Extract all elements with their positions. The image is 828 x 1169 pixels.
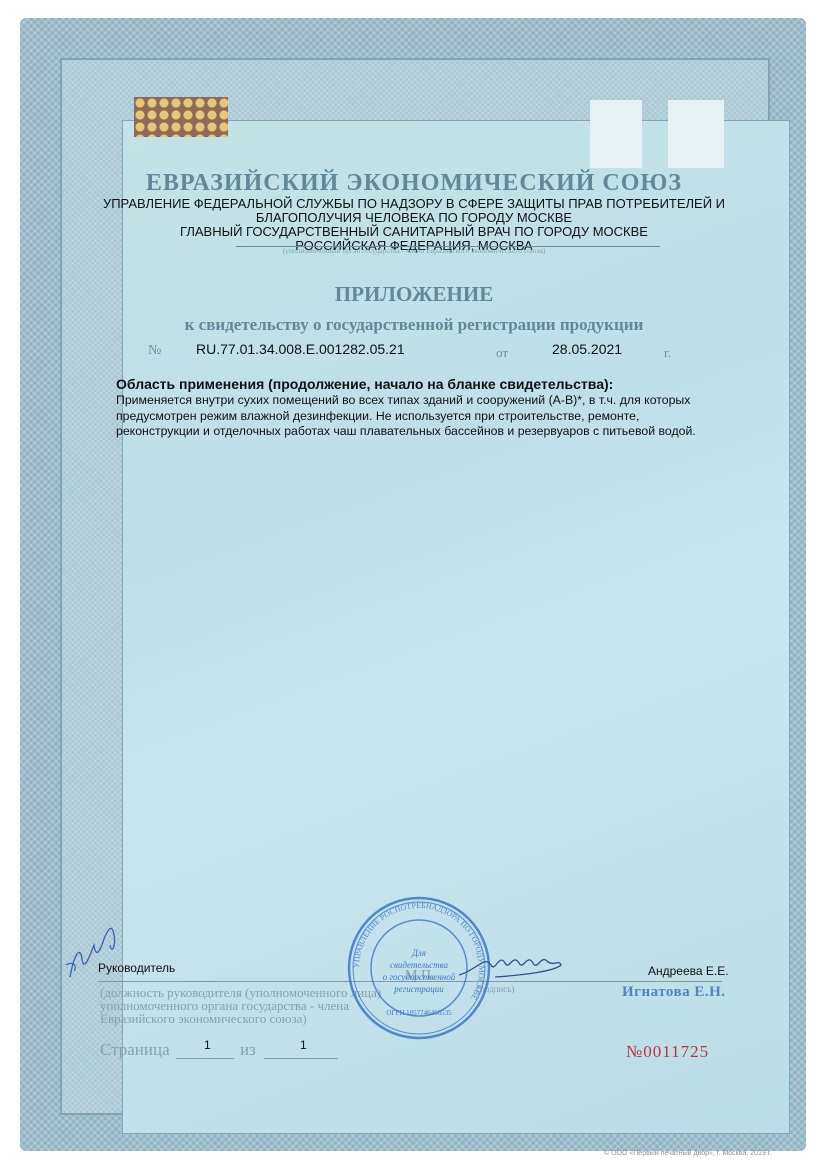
svg-text:о государственной: о государственной bbox=[383, 972, 456, 982]
union-title: ЕВРАЗИЙСКИЙ ЭКОНОМИЧЕСКИЙ СОЮЗ bbox=[80, 170, 748, 197]
stamp-ogrn: ОГРН 1057746466535 bbox=[386, 1009, 452, 1017]
typed-name: Андреева Е.Е. bbox=[648, 964, 729, 978]
page-total: 1 bbox=[300, 1038, 307, 1052]
head-role-label: Руководитель bbox=[98, 961, 175, 975]
authority-line: УПРАВЛЕНИЕ ФЕДЕРАЛЬНОЙ СЛУЖБЫ ПО НАДЗОРУ… bbox=[80, 197, 748, 211]
svg-text:свидетельства: свидетельства bbox=[390, 960, 449, 970]
registration-line: № RU.77.01.34.008.E.001282.05.21 от 28.0… bbox=[148, 341, 688, 361]
serial-number: №0011725 bbox=[626, 1042, 709, 1062]
page-counter: Страница 1 из 1 bbox=[100, 1040, 360, 1062]
year-suffix: г. bbox=[664, 345, 671, 361]
authority-line: ГЛАВНЫЙ ГОСУДАРСТВЕННЫЙ САНИТАРНЫЙ ВРАЧ … bbox=[80, 225, 748, 239]
printer-copyright: © ООО «Первый печатный двор», г. Москва,… bbox=[604, 1150, 771, 1157]
registration-date: 28.05.2021 bbox=[552, 341, 622, 357]
page-current-blank bbox=[176, 1058, 234, 1059]
page-current: 1 bbox=[204, 1038, 211, 1052]
scope-text: Применяется внутри сухих помещений во вс… bbox=[116, 393, 716, 440]
scope-title: Область применения (продолжение, начало … bbox=[116, 376, 613, 392]
hologram-seal bbox=[134, 97, 228, 137]
page-label: Страница bbox=[100, 1040, 170, 1060]
svg-text:регистрации: регистрации bbox=[393, 984, 444, 994]
document-subtitle: к свидетельству о государственной регист… bbox=[80, 315, 748, 335]
stamped-name: Игнатова Е.Н. bbox=[622, 984, 726, 1001]
security-box-left bbox=[590, 100, 642, 168]
signature-icon bbox=[455, 945, 565, 985]
date-label: от bbox=[496, 345, 508, 361]
authority-line: БЛАГОПОЛУЧИЯ ЧЕЛОВЕКА ПО ГОРОДУ МОСКВЕ bbox=[80, 211, 748, 225]
page-total-blank bbox=[264, 1058, 338, 1059]
number-label: № bbox=[148, 343, 161, 359]
svg-text:Для: Для bbox=[411, 948, 426, 958]
page-of-label: из bbox=[240, 1040, 256, 1060]
security-box-right bbox=[668, 100, 724, 168]
authority-block: УПРАВЛЕНИЕ ФЕДЕРАЛЬНОЙ СЛУЖБЫ ПО НАДЗОРУ… bbox=[80, 197, 748, 253]
document-title: ПРИЛОЖЕНИЕ bbox=[80, 282, 748, 307]
registration-number: RU.77.01.34.008.E.001282.05.21 bbox=[196, 341, 405, 357]
authority-caption: (уполномоченный орган государства - член… bbox=[80, 246, 748, 255]
